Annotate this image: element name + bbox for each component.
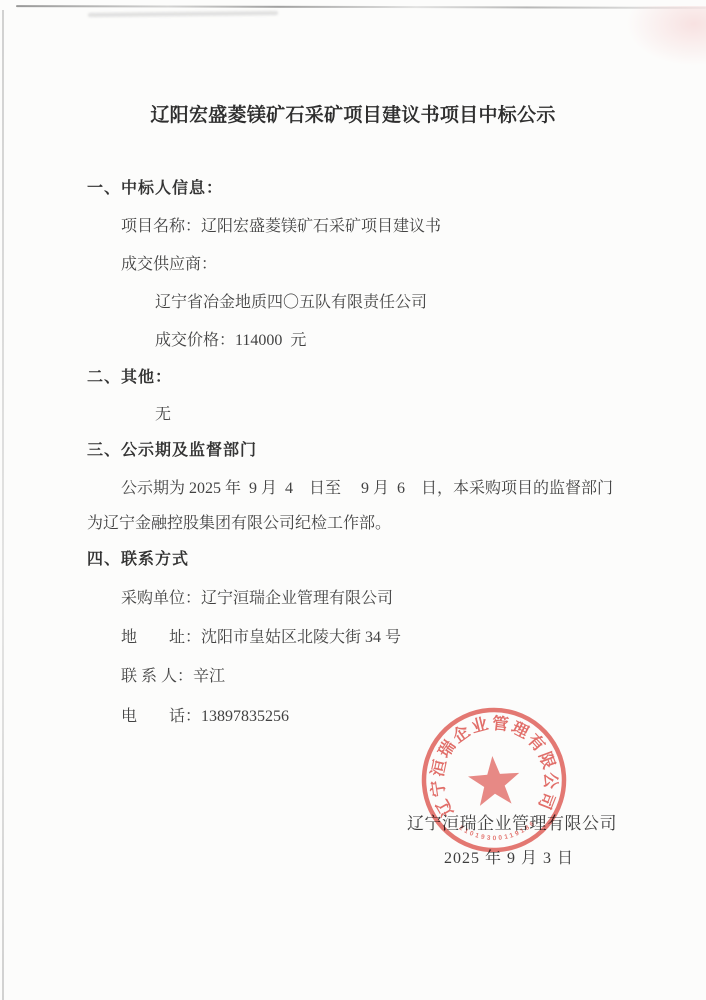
company-seal-stamp: 辽宁洹瑞企业管理有限公司 210193001191860 [411, 697, 578, 864]
project-name-line: 项目名称：辽阳宏盛菱镁矿石采矿项目建议书 [121, 216, 441, 238]
scan-left-edge-artifact [2, 10, 4, 1000]
section4-heading: 四、联系方式 [87, 549, 189, 571]
supplier-label-line: 成交供应商： [121, 254, 217, 276]
stamp-star-icon [467, 754, 522, 806]
section2-heading: 二、其他： [87, 367, 172, 389]
address-line: 地 址：沈阳市皇姑区北陵大街 34 号 [121, 627, 401, 649]
section2-content: 无 [155, 404, 171, 426]
scanned-document-page: 辽阳宏盛菱镁矿石采矿项目建议书项目中标公示 一、中标人信息： 项目名称：辽阳宏盛… [0, 0, 706, 1000]
price-line: 成交价格：114000 元 [155, 330, 306, 352]
section3-heading: 三、公示期及监督部门 [87, 440, 257, 462]
phone-line: 电 话：13897835256 [121, 706, 289, 728]
scan-pink-tint-artifact [626, 6, 706, 66]
document-title: 辽阳宏盛菱镁矿石采矿项目建议书项目中标公示 [0, 100, 706, 127]
contact-person-line: 联 系 人：辛江 [121, 666, 225, 688]
scan-smudge-artifact [88, 11, 278, 17]
supplier-name-line: 辽宁省冶金地质四〇五队有限责任公司 [155, 292, 427, 314]
scan-top-edge-artifact [16, 5, 706, 9]
purchaser-line: 采购单位：辽宁洹瑞企业管理有限公司 [121, 588, 393, 610]
section1-heading: 一、中标人信息： [87, 178, 223, 200]
publicity-period-line2: 为辽宁金融控股集团有限公司纪检工作部。 [87, 513, 391, 535]
publicity-period-line1: 公示期为 2025 年 9 月 4 日至 9 月 6 日，本采购项目的监督部门 [121, 478, 613, 500]
